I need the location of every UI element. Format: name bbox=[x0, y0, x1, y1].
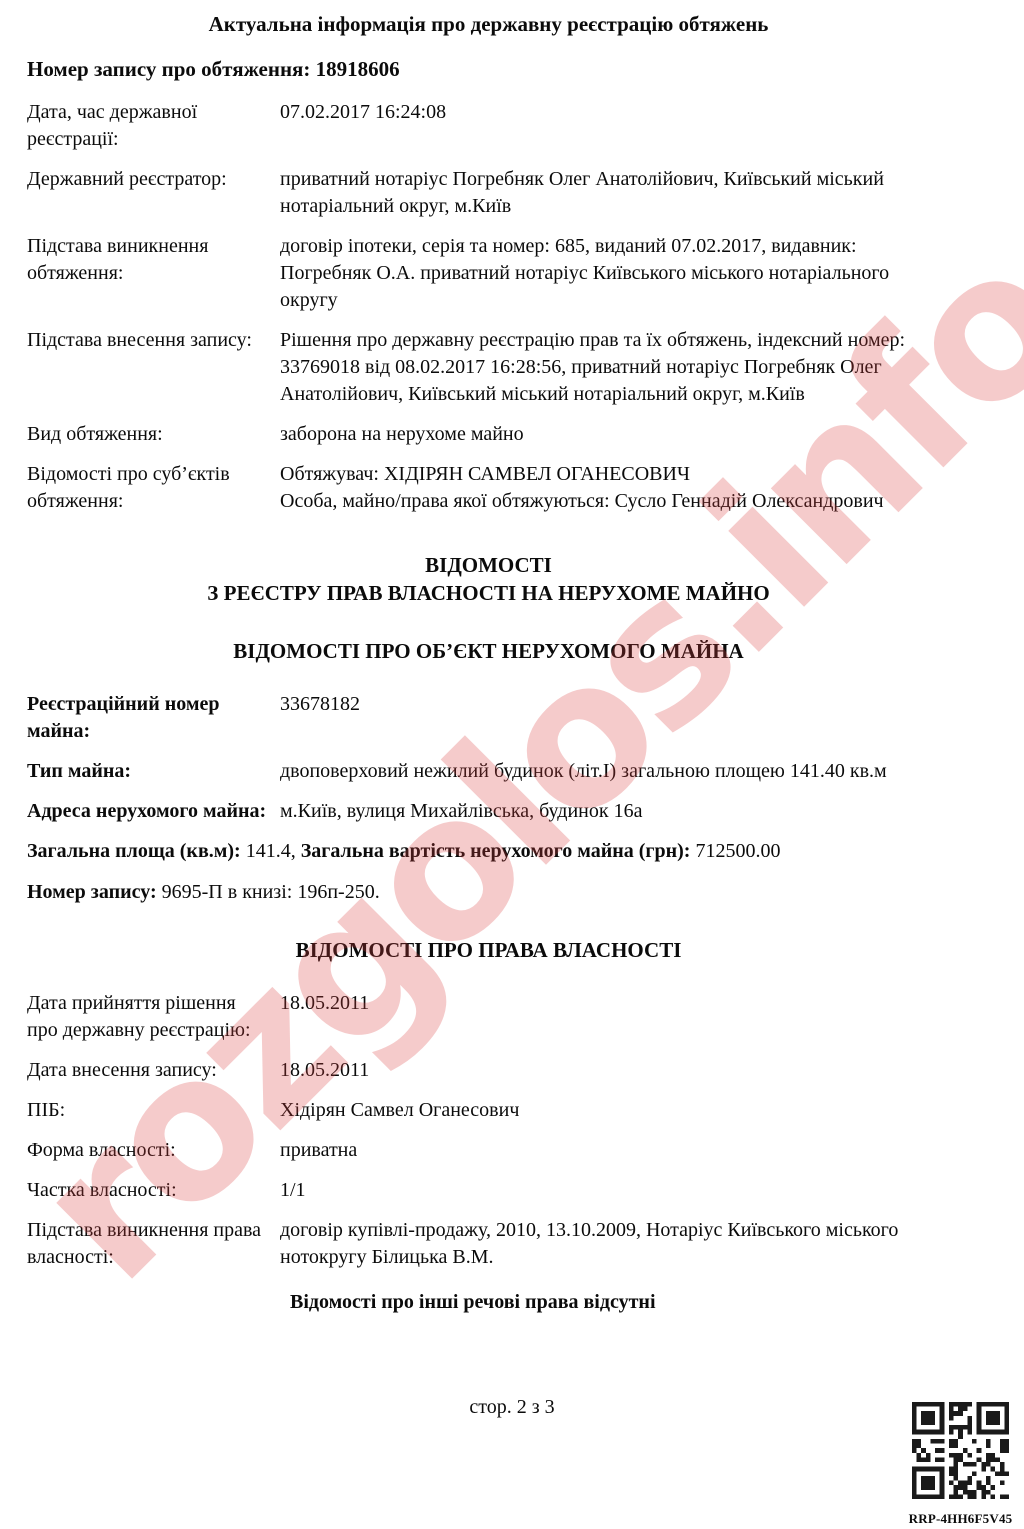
field-row-ownership-form: Форма власності: приватна bbox=[27, 1137, 950, 1164]
field-label: Відомості про суб’єктів обтяження: bbox=[27, 461, 280, 515]
other-rights-note: Відомості про інші речові права відсутні bbox=[290, 1289, 950, 1316]
object-section-heading: ВІДОМОСТІ ПРО ОБ’ЄКТ НЕРУХОМОГО МАЙНА bbox=[27, 637, 950, 665]
field-value: 18.05.2011 bbox=[280, 990, 940, 1017]
field-row-record-grounds: Підстава внесення запису: Рішення про де… bbox=[27, 327, 950, 408]
field-row-owner-name: ПІБ: Хідірян Самвел Оганесович bbox=[27, 1097, 950, 1124]
field-value: приватний нотаріус Погребняк Олег Анатол… bbox=[280, 166, 940, 220]
field-value: Хідірян Самвел Оганесович bbox=[280, 1097, 940, 1124]
field-row-record-date: Дата внесення запису: 18.05.2011 bbox=[27, 1057, 950, 1084]
field-value: м.Київ, вулиця Михайлівська, будинок 16а bbox=[280, 798, 940, 825]
field-label: Дата, час державної реєстрації: bbox=[27, 99, 280, 153]
cost-value: 712500.00 bbox=[695, 840, 780, 862]
area-value: 141.4, bbox=[246, 840, 296, 862]
field-label: Підстава внесення запису: bbox=[27, 327, 280, 354]
field-row-encumbrance-grounds: Підстава виникнення обтяження: договір і… bbox=[27, 233, 950, 314]
document-page: rozgolos.info Актуальна інформація про д… bbox=[0, 0, 1024, 1529]
registry-heading-line2: З РЕЄСТРУ ПРАВ ВЛАСНОСТІ НА НЕРУХОМЕ МАЙ… bbox=[27, 579, 950, 607]
book-record-value: 9695-П в книзі: 196п-250. bbox=[162, 881, 380, 903]
field-label: Дата прийняття рішення про державну реєс… bbox=[27, 990, 280, 1044]
qr-caption: RRP-4HH6F5V45 bbox=[880, 1511, 1024, 1526]
field-label: Форма власності: bbox=[27, 1137, 280, 1164]
field-row-encumbrance-type: Вид обтяження: заборона на нерухоме майн… bbox=[27, 421, 950, 448]
field-row-ownership-share: Частка власності: 1/1 bbox=[27, 1177, 950, 1204]
field-value: двоповерховий нежилий будинок (літ.І) за… bbox=[280, 758, 940, 785]
field-label: Реєстраційний номер майна: bbox=[27, 691, 280, 745]
ownership-section-heading: ВІДОМОСТІ ПРО ПРАВА ВЛАСНОСТІ bbox=[27, 936, 950, 964]
field-row-decision-date: Дата прийняття рішення про державну реєс… bbox=[27, 990, 950, 1044]
field-value: 07.02.2017 16:24:08 bbox=[280, 99, 940, 126]
field-row-property-type: Тип майна: двоповерховий нежилий будинок… bbox=[27, 758, 950, 785]
cost-label: Загальна вартість нерухомого майна (грн)… bbox=[301, 840, 691, 862]
field-value: 1/1 bbox=[280, 1177, 940, 1204]
field-value: договір купівлі-продажу, 2010, 13.10.200… bbox=[280, 1217, 940, 1271]
field-value: заборона на нерухоме майно bbox=[280, 421, 940, 448]
qr-block: RRP-4HH6F5V45 bbox=[880, 1402, 1024, 1526]
field-label: Підстава виникнення обтяження: bbox=[27, 233, 280, 287]
field-label: Державний реєстратор: bbox=[27, 166, 280, 193]
field-value: Рішення про державну реєстрацію прав та … bbox=[280, 327, 940, 408]
field-value: приватна bbox=[280, 1137, 940, 1164]
qr-code-icon bbox=[912, 1402, 1009, 1499]
field-row-ownership-grounds: Підстава виникнення права власності: дог… bbox=[27, 1217, 950, 1271]
registry-section-heading: ВІДОМОСТІ З РЕЄСТРУ ПРАВ ВЛАСНОСТІ НА НЕ… bbox=[27, 551, 950, 607]
field-label: Вид обтяження: bbox=[27, 421, 280, 448]
page-number: стор. 2 з 3 bbox=[0, 1394, 1024, 1421]
field-label: Тип майна: bbox=[27, 758, 280, 785]
field-row-subjects: Відомості про суб’єктів обтяження: Обтяж… bbox=[27, 461, 950, 515]
field-label: Дата внесення запису: bbox=[27, 1057, 280, 1084]
field-label: ПІБ: bbox=[27, 1097, 280, 1124]
field-value: 18.05.2011 bbox=[280, 1057, 940, 1084]
field-row-property-reg-number: Реєстраційний номер майна: 33678182 bbox=[27, 691, 950, 745]
book-record-label: Номер запису: bbox=[27, 881, 157, 903]
field-label: Адреса нерухомого майна: bbox=[27, 798, 280, 825]
page-title: Актуальна інформація про державну реєстр… bbox=[27, 10, 950, 38]
field-value: Обтяжувач: ХІДІРЯН САМВЕЛ ОГАНЕСОВИЧ Осо… bbox=[280, 461, 940, 515]
field-row-registrar: Державний реєстратор: приватний нотаріус… bbox=[27, 166, 950, 220]
field-value: 33678182 bbox=[280, 691, 940, 718]
field-label: Підстава виникнення права власності: bbox=[27, 1217, 280, 1271]
book-record-line: Номер запису: 9695-П в книзі: 196п-250. bbox=[27, 879, 950, 906]
field-row-property-address: Адреса нерухомого майна: м.Київ, вулиця … bbox=[27, 798, 950, 825]
registry-heading-line1: ВІДОМОСТІ bbox=[27, 551, 950, 579]
area-and-cost-line: Загальна площа (кв.м): 141.4, Загальна в… bbox=[27, 838, 950, 865]
field-label: Частка власності: bbox=[27, 1177, 280, 1204]
field-value: договір іпотеки, серія та номер: 685, ви… bbox=[280, 233, 940, 314]
record-number-line: Номер запису про обтяження: 18918606 bbox=[27, 56, 950, 83]
document-content: Актуальна інформація про державну реєстр… bbox=[0, 0, 1024, 1316]
field-row-registration-datetime: Дата, час державної реєстрації: 07.02.20… bbox=[27, 99, 950, 153]
area-label: Загальна площа (кв.м): bbox=[27, 840, 241, 862]
